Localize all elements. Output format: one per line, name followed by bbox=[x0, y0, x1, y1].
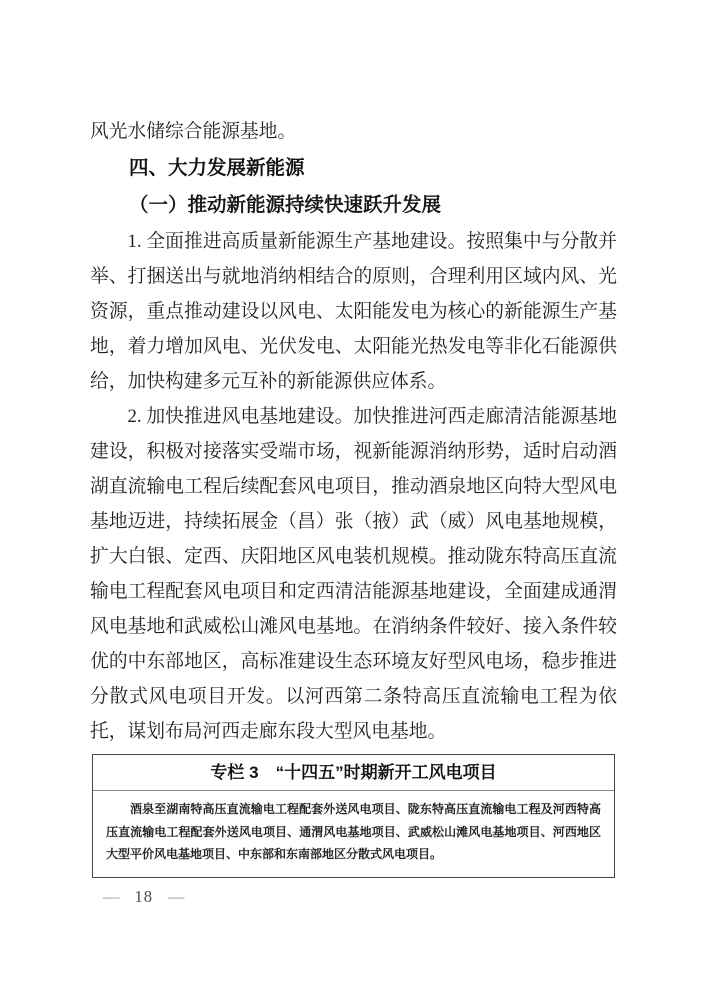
paragraph-continuation: 风光水储综合能源基地。 bbox=[90, 114, 617, 149]
paragraph-1: 1. 全面推进高质量新能源生产基地建设。按照集中与分散并举、打捆送出与就地消纳相… bbox=[90, 224, 617, 399]
feature-box: 专栏 3 “十四五”时期新开工风电项目 酒泉至湖南特高压直流输电工程配套外送风电… bbox=[92, 754, 615, 878]
document-content: 风光水储综合能源基地。 四、大力发展新能源 （一）推动新能源持续快速跃升发展 1… bbox=[90, 114, 617, 878]
page-number-value: 18 bbox=[135, 887, 154, 907]
subsection-heading: （一）推动新能源持续快速跃升发展 bbox=[90, 187, 617, 224]
paragraph-2: 2. 加快推进风电基地建设。加快推进河西走廊清洁能源基地建设，积极对接落实受端市… bbox=[90, 399, 617, 749]
section-heading: 四、大力发展新能源 bbox=[90, 149, 617, 187]
feature-box-body: 酒泉至湖南特高压直流输电工程配套外送风电项目、陇东特高压直流输电工程及河西特高压… bbox=[93, 791, 614, 877]
page-number: — 18 — bbox=[103, 887, 185, 907]
document-page: 风光水储综合能源基地。 四、大力发展新能源 （一）推动新能源持续快速跃升发展 1… bbox=[0, 0, 707, 1000]
page-number-dash-right: — bbox=[168, 887, 185, 907]
feature-box-title: 专栏 3 “十四五”时期新开工风电项目 bbox=[93, 755, 614, 791]
page-number-dash-left: — bbox=[103, 887, 120, 907]
